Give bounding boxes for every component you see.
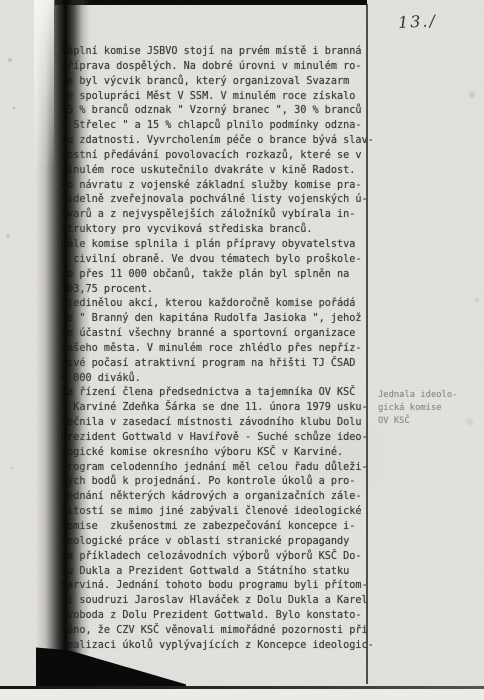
scanner-background-strip xyxy=(0,689,484,700)
text-line: realizaci úkolů vyplývajících z Koncepce… xyxy=(61,639,373,654)
text-line: ve spolupráci Měst V SSM. V minulém roce… xyxy=(61,90,373,105)
text-line: tvarů a z nejvyspělejších záložníků vybí… xyxy=(61,208,373,223)
text-line: " Střelec " a 15 % chlapců plnilo podmín… xyxy=(61,119,373,134)
page-number-handwritten: 13./ xyxy=(398,11,438,32)
text-line: gická komise xyxy=(378,402,478,415)
text-line: žitostí se mimo jiné zabývali členové id… xyxy=(61,505,373,520)
text-line: struktory pro vycviková střediska branců… xyxy=(61,223,373,238)
text-line: komise zkušenostmi ze zabezpečování konc… xyxy=(61,520,373,535)
text-line: logické komise okresního výboru KSČ v Ka… xyxy=(61,446,373,461)
text-line: jednání některých kádrových a organizačn… xyxy=(61,490,373,505)
text-line: ku zdatnosti. Vyvrcholením péče o brance… xyxy=(61,134,373,149)
text-line: Náplní komise JSBVO stojí na prvém místě… xyxy=(61,45,373,60)
page-bottom-edge-line xyxy=(0,686,484,689)
text-line: videlně zveřejnovala pochválné listy voj… xyxy=(61,193,373,208)
text-line: na příkladech celozávodních výborů výbor… xyxy=(61,550,373,565)
text-line: nostní předávání povolovacích rozkazů, k… xyxy=(61,149,373,164)
text-line: Svoboda z Dolu Prezident Gottwald. Bylo … xyxy=(61,609,373,624)
text-line: v Karviné Zdeňka Šárka se dne 11. února … xyxy=(61,401,373,416)
text-line: našeho města. V minulém roce zhlédlo pře… xyxy=(61,342,373,357)
text-line: příprava dospělých. Na dobré úrovni v mi… xyxy=(61,60,373,75)
text-line: lu Dukla a Prezident Gottwald a Státního… xyxy=(61,565,373,580)
text-line: minulém roce uskutečnilo dvakráte v kině… xyxy=(61,164,373,179)
scanned-document-page: 13./ Náplní komise JSBVO stojí na prvém … xyxy=(0,0,484,700)
text-line: deologické práce v oblasti stranické pro… xyxy=(61,535,373,550)
text-line: Ojedinělou akcí, kterou každoročně komis… xyxy=(61,297,373,312)
typewritten-body-text: Náplní komise JSBVO stojí na prvém místě… xyxy=(61,45,373,654)
text-line: OV KSČ xyxy=(378,415,478,428)
text-line: Program celodenního jednání měl celou řa… xyxy=(61,461,373,476)
margin-annotation: Jednala ideolo-gická komiseOV KSČ xyxy=(378,389,478,427)
text-line: nivé počasí atraktivní program na hřišti… xyxy=(61,357,373,372)
text-line: 15 % branců odznak " Vzorný branec ", 30… xyxy=(61,104,373,119)
scan-edge-top xyxy=(55,0,367,5)
text-line: Jednala ideolo- xyxy=(378,389,478,402)
text-line: Dále komise splnila i plán přípravy obyv… xyxy=(61,238,373,253)
text-line: no přes 11 000 občanů, takže plán byl sp… xyxy=(61,268,373,283)
text-line: Prezident Gottwald v Havířově - Suché sc… xyxy=(61,431,373,446)
text-line: ni soudruzi Jaroslav Hlaváček z Dolu Duk… xyxy=(61,594,373,609)
text-line: se účastní všechny branné a sportovní or… xyxy=(61,327,373,342)
text-line: Za řízení člena předsednictva a tajemník… xyxy=(61,386,373,401)
text-line: Karviná. Jednání tohoto bodu programu by… xyxy=(61,579,373,594)
text-line: k civilní obraně. Ve dvou tématech bylo … xyxy=(61,253,373,268)
text-line: je " Branný den kapitána Rudolfa Jasioka… xyxy=(61,312,373,327)
text-line: ce byl výcvik branců, který organizoval … xyxy=(61,75,373,90)
text-line: váno, že CZV KSČ věnovali mimořádné pozo… xyxy=(61,624,373,639)
text-line: 6 000 diváků. xyxy=(61,372,373,387)
text-line: Po návratu z vojenské základní služby ko… xyxy=(61,179,373,194)
spine-highlight xyxy=(34,0,54,170)
text-line: 103,75 procent. xyxy=(61,283,373,298)
text-line: tečnila v zasedací místnosti závodního k… xyxy=(61,416,373,431)
text-line: tých bodů k projednání. Po kontrole úkol… xyxy=(61,475,373,490)
